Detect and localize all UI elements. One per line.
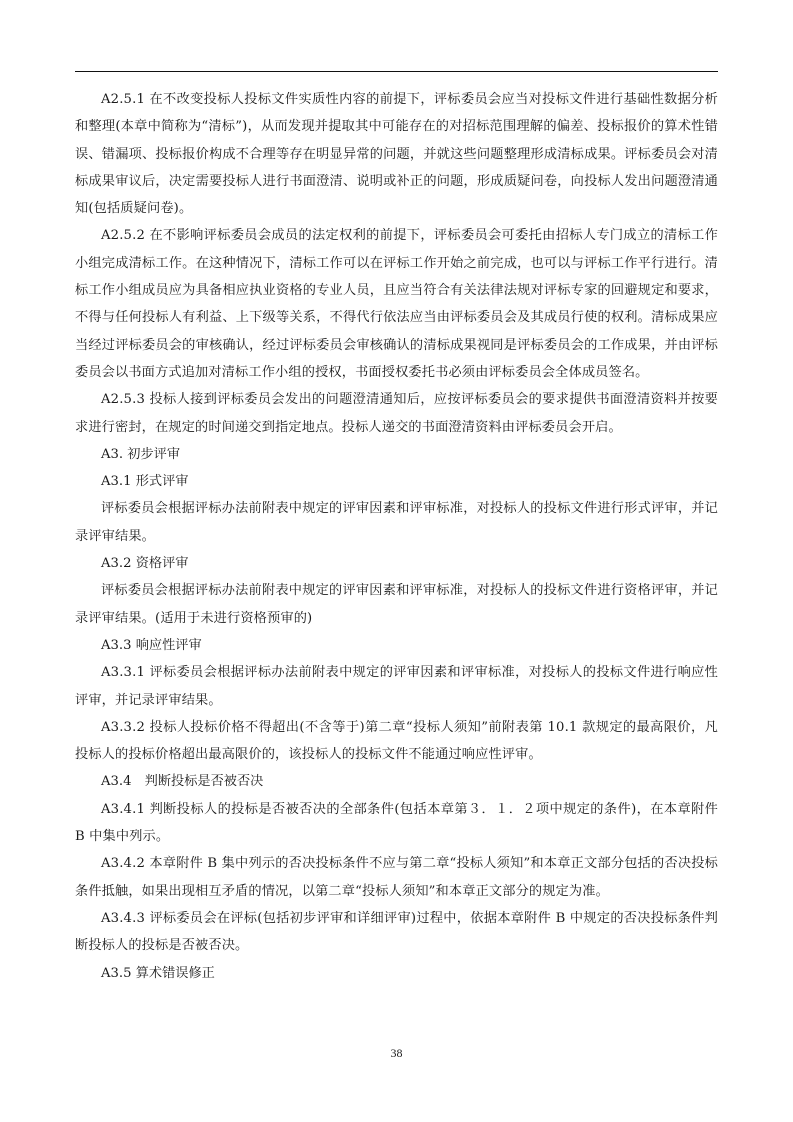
- paragraph-a3-3-2: A3.3.2 投标人投标价格不得超出(不含等于)第二章“投标人须知”前附表第 1…: [75, 714, 718, 769]
- heading-a3-3: A3.3 响应性评审: [75, 632, 718, 659]
- paragraph-a3-2-body: 评标委员会根据评标办法前附表中规定的评审因素和评审标准，对投标人的投标文件进行资…: [75, 577, 718, 632]
- heading-a3-1: A3.1 形式评审: [75, 468, 718, 495]
- paragraph-a3-1-body: 评标委员会根据评标办法前附表中规定的评审因素和评审标准，对投标人的投标文件进行形…: [75, 495, 718, 550]
- paragraph-a2-5-1: A2.5.1 在不改变投标人投标文件实质性内容的前提下，评标委员会应当对投标文件…: [75, 86, 718, 222]
- heading-a3-4: A3.4 判断投标是否被否决: [75, 768, 718, 795]
- heading-a3-2: A3.2 资格评审: [75, 550, 718, 577]
- paragraph-a3-4-2: A3.4.2 本章附件 B 集中列示的否决投标条件不应与第二章“投标人须知”和本…: [75, 850, 718, 905]
- paragraph-a2-5-3: A2.5.3 投标人接到评标委员会发出的问题澄清通知后，应按评标委员会的要求提供…: [75, 386, 718, 441]
- heading-a3: A3. 初步评审: [75, 441, 718, 468]
- paragraph-a3-4-1: A3.4.1 判断投标人的投标是否被否决的全部条件(包括本章第３．１．２项中规定…: [75, 796, 718, 851]
- paragraph-a3-4-3: A3.4.3 评标委员会在评标(包括初步评审和详细评审)过程中，依据本章附件 B…: [75, 905, 718, 960]
- paragraph-a2-5-2: A2.5.2 在不影响评标委员会成员的法定权利的前提下，评标委员会可委托由招标人…: [75, 222, 718, 386]
- header-rule: [75, 71, 718, 72]
- page-number: 38: [0, 1046, 793, 1061]
- document-body: A2.5.1 在不改变投标人投标文件实质性内容的前提下，评标委员会应当对投标文件…: [75, 86, 718, 987]
- heading-a3-5: A3.5 算术错误修正: [75, 960, 718, 987]
- paragraph-a3-3-1: A3.3.1 评标委员会根据评标办法前附表中规定的评审因素和评审标准，对投标人的…: [75, 659, 718, 714]
